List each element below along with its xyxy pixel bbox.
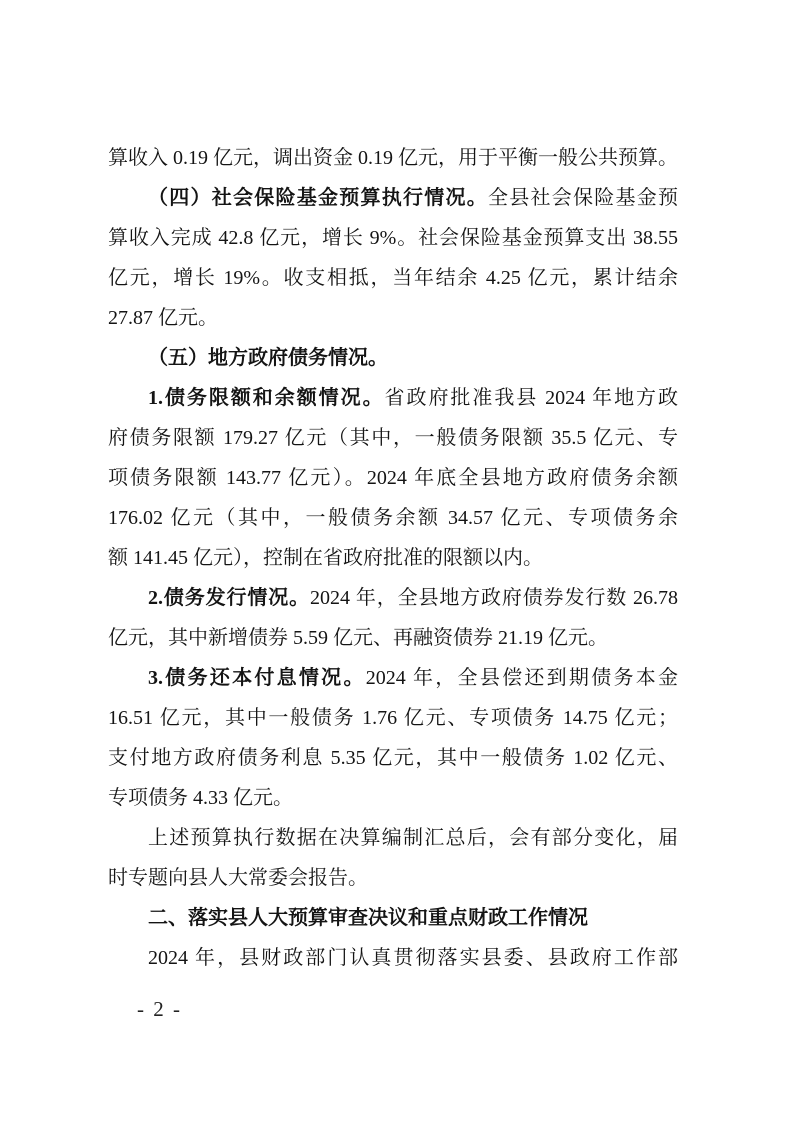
body-text: 16.51 亿元，其中一般债务 1.76 亿元、专项债务 14.75 亿元； — [108, 707, 678, 729]
text-line: 算收入完成 42.8 亿元，增长 9%。社会保险基金预算支出 38.55 — [108, 218, 678, 258]
text-line: 亿元，其中新增债券 5.59 亿元、再融资债券 21.19 亿元。 — [108, 618, 678, 658]
body-text: 府债务限额 179.27 亿元（其中，一般债务限额 35.5 亿元、专 — [108, 427, 678, 449]
text-line: 支付地方政府债务利息 5.35 亿元，其中一般债务 1.02 亿元、 — [108, 738, 678, 778]
body-text: 时专题向县人大常委会报告。 — [108, 867, 368, 889]
bold-lead-text: （四）社会保险基金预算执行情况。 — [148, 187, 488, 209]
body-text: 全县社会保险基金预 — [488, 187, 678, 209]
body-text: 支付地方政府债务利息 5.35 亿元，其中一般债务 1.02 亿元、 — [108, 747, 678, 769]
body-text: 专项债务 4.33 亿元。 — [108, 787, 293, 809]
text-line: 176.02 亿元（其中，一般债务余额 34.57 亿元、专项债务余 — [108, 498, 678, 538]
body-text: 项债务限额 143.77 亿元）。2024 年底全县地方政府债务余额 — [108, 467, 678, 489]
text-line: 2.债务发行情况。2024 年，全县地方政府债券发行数 26.78 — [108, 578, 678, 618]
text-line: 额 141.45 亿元），控制在省政府批准的限额以内。 — [108, 538, 678, 578]
body-text: 2024 年，县财政部门认真贯彻落实县委、县政府工作部 — [148, 947, 678, 969]
body-text: 2024 年，全县地方政府债券发行数 26.78 — [310, 587, 678, 609]
text-line: 2024 年，县财政部门认真贯彻落实县委、县政府工作部 — [108, 938, 678, 978]
body-text: 上述预算执行数据在决算编制汇总后，会有部分变化，届 — [148, 827, 678, 849]
text-line: 二、落实县人大预算审查决议和重点财政工作情况 — [108, 898, 678, 938]
body-text: 额 141.45 亿元），控制在省政府批准的限额以内。 — [108, 547, 543, 569]
text-line: 时专题向县人大常委会报告。 — [108, 858, 678, 898]
text-line: 专项债务 4.33 亿元。 — [108, 778, 678, 818]
body-text: 亿元，增长 19%。收支相抵，当年结余 4.25 亿元，累计结余 — [108, 267, 678, 289]
bold-lead-text: 2.债务发行情况。 — [148, 587, 310, 609]
body-text: 27.87 亿元。 — [108, 307, 218, 329]
body-text: 省政府批准我县 2024 年地方政 — [385, 387, 678, 409]
body-text: 176.02 亿元（其中，一般债务余额 34.57 亿元、专项债务余 — [108, 507, 678, 529]
page-number: - 2 - — [137, 997, 182, 1021]
text-line: 1.债务限额和余额情况。省政府批准我县 2024 年地方政 — [108, 378, 678, 418]
document-body: 算收入 0.19 亿元，调出资金 0.19 亿元，用于平衡一般公共预算。（四）社… — [108, 138, 678, 978]
bold-lead-text: 1.债务限额和余额情况。 — [148, 387, 385, 409]
text-line: （五）地方政府债务情况。 — [108, 338, 678, 378]
text-line: 16.51 亿元，其中一般债务 1.76 亿元、专项债务 14.75 亿元； — [108, 698, 678, 738]
body-text: 算收入 0.19 亿元，调出资金 0.19 亿元，用于平衡一般公共预算。 — [108, 147, 678, 169]
bold-lead-text: （五）地方政府债务情况。 — [148, 347, 388, 369]
text-line: 项债务限额 143.77 亿元）。2024 年底全县地方政府债务余额 — [108, 458, 678, 498]
text-line: 亿元，增长 19%。收支相抵，当年结余 4.25 亿元，累计结余 — [108, 258, 678, 298]
body-text: 亿元，其中新增债券 5.59 亿元、再融资债券 21.19 亿元。 — [108, 627, 608, 649]
text-line: 府债务限额 179.27 亿元（其中，一般债务限额 35.5 亿元、专 — [108, 418, 678, 458]
body-text: 2024 年，全县偿还到期债务本金 — [366, 667, 678, 689]
body-text: 算收入完成 42.8 亿元，增长 9%。社会保险基金预算支出 38.55 — [108, 227, 678, 249]
document-page: 算收入 0.19 亿元，调出资金 0.19 亿元，用于平衡一般公共预算。（四）社… — [0, 0, 793, 1122]
text-line: 算收入 0.19 亿元，调出资金 0.19 亿元，用于平衡一般公共预算。 — [108, 138, 678, 178]
text-line: 3.债务还本付息情况。2024 年，全县偿还到期债务本金 — [108, 658, 678, 698]
text-line: （四）社会保险基金预算执行情况。全县社会保险基金预 — [108, 178, 678, 218]
section-heading-text: 二、落实县人大预算审查决议和重点财政工作情况 — [148, 907, 588, 929]
bold-lead-text: 3.债务还本付息情况。 — [148, 667, 366, 689]
text-line: 27.87 亿元。 — [108, 298, 678, 338]
text-line: 上述预算执行数据在决算编制汇总后，会有部分变化，届 — [108, 818, 678, 858]
